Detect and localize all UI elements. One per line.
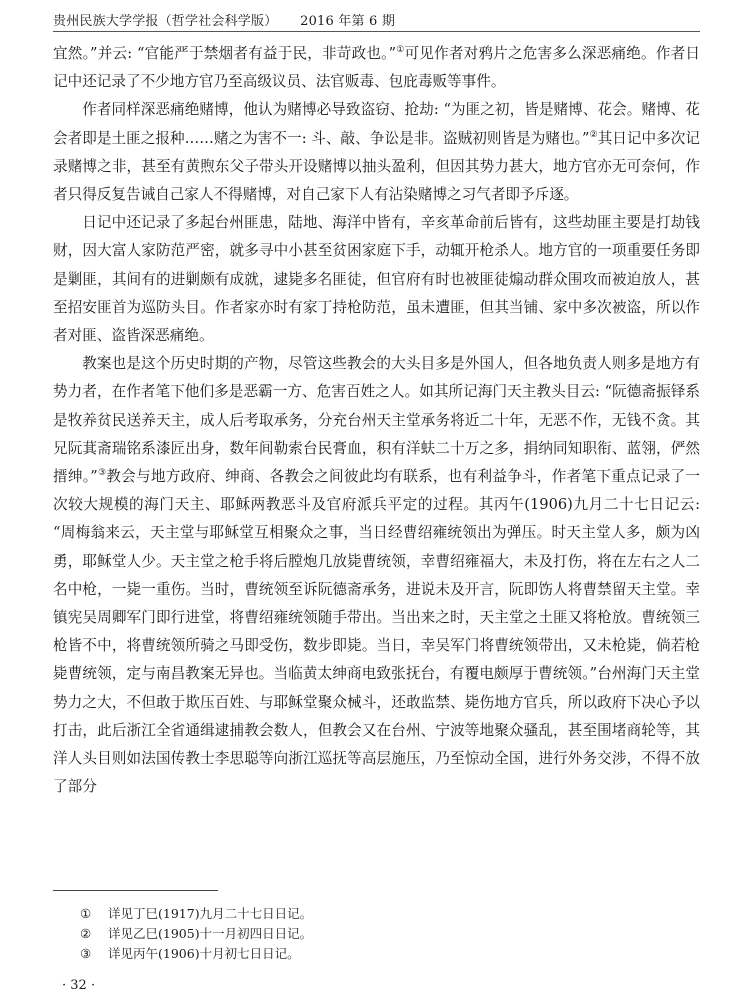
paragraph: 教案也是这个历史时期的产物，尽管这些教会的大头目多是外国人，但各地负责人则多是地… <box>53 350 700 801</box>
footnote-rule <box>53 890 218 891</box>
footnote-mark: ② <box>80 924 108 944</box>
footnote-ref-1[interactable]: ① <box>396 45 404 55</box>
paragraph: 宜然。”并云: “官能严于禁烟者有益于民，非苛政也。”①可见作者对鸦片之危害多么… <box>53 40 700 96</box>
article-body: 宜然。”并云: “官能严于禁烟者有益于民，非苛政也。”①可见作者对鸦片之危害多么… <box>53 40 700 801</box>
footnote-text: 详见丁巳(1917)九月二十七日日记。 <box>108 906 312 921</box>
footnote-item: ③详见丙午(1906)十月初七日日记。 <box>80 944 312 964</box>
footnote-mark: ① <box>80 904 108 924</box>
paragraph: 日记中还记录了多起台州匪患，陆地、海洋中皆有，辛亥革命前后皆有，这些劫匪主要是打… <box>53 209 700 350</box>
footnote-ref-2[interactable]: ② <box>589 130 597 140</box>
paragraph: 作者同样深恶痛绝赌博，他认为赌博必导致盗窃、抢劫: “为匪之初，皆是赌博、花会。… <box>53 96 700 209</box>
footnote-item: ②详见乙巳(1905)十一月初四日日记。 <box>80 924 312 944</box>
footnote-text: 详见乙巳(1905)十一月初四日日记。 <box>108 926 312 941</box>
page-number: · 32 · <box>62 978 95 993</box>
footnotes: ①详见丁巳(1917)九月二十七日日记。 ②详见乙巳(1905)十一月初四日日记… <box>80 904 312 964</box>
header-rule <box>53 31 700 32</box>
footnote-text: 详见丙午(1906)十月初七日日记。 <box>108 946 300 961</box>
footnote-mark: ③ <box>80 944 108 964</box>
running-header: 贵州民族大学学报（哲学社会科学版） 2016 年第 6 期 <box>53 10 703 29</box>
issue-label: 2016 年第 6 期 <box>300 14 395 29</box>
footnote-item: ①详见丁巳(1917)九月二十七日日记。 <box>80 904 312 924</box>
journal-title: 贵州民族大学学报（哲学社会科学版） <box>53 14 277 29</box>
footnote-ref-3[interactable]: ③ <box>98 468 107 478</box>
